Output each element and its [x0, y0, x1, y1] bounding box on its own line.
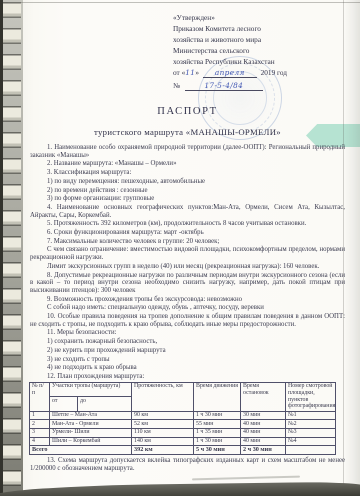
handwritten-number: 17-5-4/84 [204, 81, 243, 90]
cell-section: Шили – Коркембай [50, 437, 132, 446]
handwritten-day: 11 [185, 68, 195, 77]
cell-point: №3 [286, 428, 336, 437]
route-plan-table: № п/п Участки тропы (маршрута) Протяженн… [29, 382, 336, 455]
approval-line: хозяйства и животного мира [173, 34, 345, 45]
cell-section: Урмели- Шили [50, 428, 132, 437]
cell-section: Ман-Ата - Ормели [50, 420, 132, 429]
cell-move: 1 ч 35 мин [194, 428, 241, 437]
paragraph-11-sub-3: 3) не сходить с тропы [30, 356, 345, 364]
paragraph-13: 13. Схема маршрута допускается вклейка т… [30, 457, 345, 472]
paragraph-10: 10. Особые правила поведения на тропев д… [30, 313, 345, 328]
header-num: № п/п [30, 382, 50, 411]
cell-num: 3 [30, 428, 50, 437]
approval-date-line: от «11» апреля 2019 год [173, 67, 345, 78]
body-text: 1. Наименование особо охраняемой природн… [30, 144, 345, 381]
table-row: 1 Шетпе – Ман-Ата 90 км 1 ч 30 мин 30 ми… [30, 411, 336, 420]
paragraph-3-sub-2: 2) по времени действия : сезонные [30, 187, 345, 195]
document-content: «Утвержден» Приказом Комитета лесного хо… [30, 12, 345, 473]
paragraph-7: 7. Максимальные количество человек в гру… [30, 238, 345, 246]
paragraph-4: 4. Наименование основных географических … [30, 204, 345, 219]
total-stop: 2 ч 30 мин [241, 446, 286, 455]
paragraph-12: 12. План прохождения маршрута: [30, 373, 345, 381]
cell-stop: 40 мин [241, 420, 286, 429]
paragraph-3: 3. Классификация маршрута: [30, 169, 345, 177]
paragraph-9-note: С собой надо иметь: специальную одежду, … [30, 304, 345, 312]
cell-num: 4 [30, 437, 50, 446]
approval-line: хозяйства Республики Казахстан [173, 56, 345, 67]
cell-section: Шетпе – Ман-Ата [50, 411, 132, 420]
header-viewpoint: Номер смотровой площадки, пунктов фотогр… [286, 382, 336, 411]
table-total-row: Всего 392 км 5 ч 30 мин 2 ч 30 мин [30, 446, 336, 455]
approval-line: «Утвержден» [173, 12, 345, 23]
date-close-quote: » [195, 68, 199, 77]
cell-move: 1 ч 30 мин [194, 411, 241, 420]
approval-block: «Утвержден» Приказом Комитета лесного хо… [173, 12, 345, 91]
comb-binding [0, 0, 23, 496]
header-length: Протяженность, км [132, 382, 194, 411]
cell-point: №1 [286, 411, 336, 420]
paragraph-9: 9. Возможность прохождения тропы без экс… [30, 296, 345, 304]
cell-stop: 30 мин [241, 411, 286, 420]
paragraph-2: 2. Название маршрута: «Манашы – Ормели» [30, 160, 345, 168]
cell-length: 110 км [132, 428, 194, 437]
cell-length: 90 км [132, 411, 194, 420]
number-blank: 17-5-4/84 [185, 82, 263, 91]
cell-stop: 40 мин [241, 428, 286, 437]
scan-top-edge [8, 2, 360, 3]
total-length: 392 км [132, 446, 194, 455]
paragraph-3-sub-3: 3) по форме организации: групповые [30, 195, 345, 203]
paragraph-6: 6. Сроки функционирования маршрута: март… [30, 229, 345, 237]
date-month-blank: апреля [203, 69, 257, 78]
paragraph-11: 11. Меры безопасности: [30, 329, 345, 337]
page-title: ПАСПОРТ [30, 106, 345, 117]
handwritten-month: апреля [215, 68, 245, 77]
cell-move: 55 мин [194, 420, 241, 429]
cell-length: 140 км [132, 437, 194, 446]
subheader-from: от [50, 397, 78, 411]
approval-line: Приказом Комитета лесного [173, 23, 345, 34]
paragraph-11-sub-2: 2) не курить при прохождений маршрута [30, 347, 345, 355]
paragraph-5: 5. Протяженность 392 километров (км), пр… [30, 220, 345, 228]
table-row: 3 Урмели- Шили 110 км 1 ч 35 мин 40 мин … [30, 428, 336, 437]
date-year: 2019 год [261, 68, 287, 77]
paragraph-1: 1. Наименование особо охраняемой природн… [30, 144, 345, 159]
cell-stop: 40 мин [241, 437, 286, 446]
date-prefix: от « [173, 68, 185, 77]
header-move-time: Время движения [194, 382, 241, 411]
total-move: 5 ч 30 мин [194, 446, 241, 455]
approval-line: Министерства сельского [173, 45, 345, 56]
cell-point: №4 [286, 437, 336, 446]
cell-move: 1 ч 30 мин [194, 437, 241, 446]
subheader-to: до [78, 397, 132, 411]
paragraph-8: 8. Допустимые рекреационные нагрузки по … [30, 272, 345, 295]
approval-number-line: № 17-5-4/84 [173, 80, 345, 91]
scan-right-edge [343, 0, 360, 496]
total-label: Всего [30, 446, 132, 455]
cell-num: 1 [30, 411, 50, 420]
cell-point: №2 [286, 420, 336, 429]
paragraph-7-note-1: С чем связано ограничение: вместимостью … [30, 246, 345, 261]
cell-length: 52 км [132, 420, 194, 429]
table-row: 4 Шили – Коркембай 140 км 1 ч 30 мин 40 … [30, 437, 336, 446]
page-subtitle: туристского маршрута «МАНАШЫ-ОРМЕЛИ» [30, 127, 345, 137]
paragraph-7-note-2: Лимит экскурсионных групп в неделю (40) … [30, 263, 345, 271]
header-stop-time: Время остановок [241, 382, 286, 411]
paragraph-3-sub-1: 1) по виду перемещения: пешеходные, авто… [30, 178, 345, 186]
header-section: Участки тропы (маршрута) [50, 382, 132, 396]
total-point-empty [286, 446, 336, 455]
table-row: 2 Ман-Ата - Ормели 52 км 55 мин 40 мин №… [30, 420, 336, 429]
cell-num: 2 [30, 420, 50, 429]
table-header-row: № п/п Участки тропы (маршрута) Протяженн… [30, 382, 336, 396]
paragraph-11-sub-1: 1) сохранить пожарный безопасность, [30, 338, 345, 346]
paragraph-11-sub-4: 4) не подходить к краю обрыва [30, 364, 345, 372]
number-sign: № [173, 81, 180, 90]
